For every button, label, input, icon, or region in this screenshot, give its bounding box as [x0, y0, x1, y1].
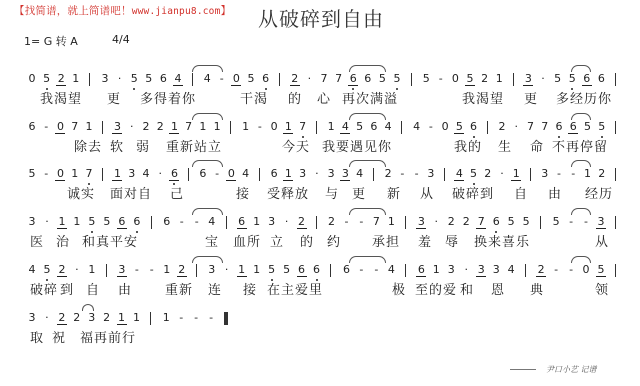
note: 4 — [507, 263, 515, 276]
note: 0 — [582, 263, 590, 276]
lyric-word: 血所 — [233, 231, 261, 250]
note: 3 — [417, 215, 425, 228]
sustain-dash: - — [552, 263, 560, 276]
sustain-dash: - — [207, 311, 215, 324]
bar-line — [89, 73, 90, 86]
dot-rhythm: · — [73, 263, 81, 276]
lyric-word: 我要遇见你 — [322, 136, 392, 155]
note: 1 — [88, 263, 96, 276]
note: 2 — [291, 72, 299, 85]
bar-line — [615, 216, 616, 229]
note: 3 — [492, 263, 500, 276]
sustain-dash: - — [178, 215, 186, 228]
lyric-word: 在主爱里 — [267, 279, 323, 298]
note: 3 — [327, 167, 335, 180]
note: 3 — [541, 167, 549, 180]
score-line: 3·1155666--4613·22--713·2276555--3医治和真平安… — [0, 213, 640, 255]
note: 6 — [270, 167, 278, 180]
score-line: 05213·55644-0562·7766555-05213·5566我渴望更多… — [0, 70, 640, 112]
sustain-dash: - — [427, 120, 435, 133]
bar-line — [316, 121, 317, 134]
note: 1 — [199, 120, 207, 133]
sustain-dash: - — [42, 167, 50, 180]
note: 5 — [554, 72, 562, 85]
bar-line — [102, 168, 103, 181]
note: 4 — [28, 263, 36, 276]
note: 3 — [101, 72, 109, 85]
note: 1 — [495, 72, 503, 85]
bar-line — [316, 216, 317, 229]
note: 5 — [598, 120, 606, 133]
lyric-word: 医 — [30, 231, 44, 250]
note: 2 — [142, 120, 150, 133]
note: 2 — [58, 263, 66, 276]
sustain-dash: - — [569, 167, 577, 180]
banner-bracket: 】 — [221, 5, 232, 17]
credit-text: 尹口小艺 记谱 — [546, 365, 597, 374]
note: 4 — [356, 167, 364, 180]
note: 0 — [28, 72, 36, 85]
bar-line — [530, 168, 531, 181]
lyric-word: 自 — [86, 279, 100, 298]
lyric-word: 祝 — [52, 327, 66, 346]
note: 5 — [356, 120, 364, 133]
dot-rhythm: · — [128, 120, 136, 133]
note: 6 — [364, 72, 372, 85]
sustain-dash: - — [567, 215, 575, 228]
lyrics-row: 取祝福再前行 — [0, 327, 640, 345]
note: 5 — [28, 167, 36, 180]
note: 6 — [238, 215, 246, 228]
bar-line — [330, 264, 331, 277]
lyric-word: 多得着你 — [140, 88, 196, 107]
bar-line — [102, 121, 103, 134]
bar-line — [279, 73, 280, 86]
note: 5 — [422, 72, 430, 85]
lyrics-row: 破碎到自由重新连接在主爱里极至的爱和恩典领 — [0, 279, 640, 297]
note: 5 — [470, 167, 478, 180]
lyric-word: 宝 — [205, 231, 219, 250]
note: 2 — [58, 311, 66, 324]
note: 3 — [597, 215, 605, 228]
note: 2 — [73, 311, 81, 324]
notes-row: 3·1155666--4613·22--713·2276555--3 — [0, 213, 640, 231]
note: 1 — [58, 215, 66, 228]
sustain-dash: - — [357, 215, 365, 228]
bar-line — [540, 216, 541, 229]
note: 2 — [384, 167, 392, 180]
lyric-word: 多经历你 — [556, 88, 612, 107]
note: 3 — [268, 215, 276, 228]
lyric-word: 恩 — [491, 279, 505, 298]
note: 6 — [555, 120, 563, 133]
slur — [349, 65, 386, 72]
dot-rhythm: · — [116, 72, 124, 85]
lyric-word: 换来喜乐 — [474, 231, 530, 250]
bar-line — [615, 168, 616, 181]
note: 1 — [512, 167, 520, 180]
dot-rhythm: · — [43, 311, 51, 324]
lyric-word: 承担 — [372, 231, 400, 250]
dot-rhythm: · — [223, 263, 231, 276]
note: 3 — [341, 167, 349, 180]
note: 3 — [88, 311, 96, 324]
lyric-word: 今天 — [282, 136, 310, 155]
slur — [571, 113, 591, 120]
note: 5 — [522, 215, 530, 228]
note: 1 — [170, 120, 178, 133]
sustain-dash: - — [177, 311, 185, 324]
lyric-word: 至的爱 — [415, 279, 457, 298]
lyric-word: 更 — [107, 88, 121, 107]
note: 0 — [56, 167, 64, 180]
note: 1 — [584, 167, 592, 180]
lyric-word: 接 — [236, 183, 250, 202]
bar-line — [196, 264, 197, 277]
note: 6 — [133, 215, 141, 228]
lyric-word: 命 — [530, 136, 544, 155]
note: 5 — [552, 215, 560, 228]
note: 0 — [227, 167, 235, 180]
lyric-word: 再次满溢 — [342, 88, 398, 107]
bar-line — [405, 264, 406, 277]
slur — [349, 208, 386, 215]
lyric-word: 我的 — [454, 136, 482, 155]
lyric-word: 与 — [325, 183, 339, 202]
note: 3 — [28, 215, 36, 228]
note: 6 — [342, 263, 350, 276]
sustain-dash: - — [582, 215, 590, 228]
note: 1 — [327, 120, 335, 133]
note: 6 — [170, 167, 178, 180]
dot-rhythm: · — [43, 215, 51, 228]
note: 1 — [85, 120, 93, 133]
bar-line — [513, 73, 514, 86]
note: 2 — [462, 215, 470, 228]
lyric-word: 受释放 — [267, 183, 309, 202]
note: 5 — [507, 215, 515, 228]
lyric-word: 极 — [392, 279, 406, 298]
lyrics-row: 诚实面对自己接受释放与更新从破碎到自由经历 — [0, 183, 640, 201]
lyric-word: 羞 — [418, 231, 432, 250]
note: 4 — [208, 215, 216, 228]
lyric-word: 连 — [208, 279, 222, 298]
lyric-word: 心 — [317, 88, 331, 107]
note: 7 — [320, 72, 328, 85]
banner-text: 【找简谱，就上简谱吧！ — [14, 5, 132, 17]
note: 4 — [384, 120, 392, 133]
dot-rhythm: · — [498, 167, 506, 180]
slur — [82, 304, 94, 311]
lyric-word: 到 — [60, 279, 74, 298]
note: 5 — [145, 72, 153, 85]
bar-line — [411, 73, 412, 86]
dot-rhythm: · — [512, 120, 520, 133]
lyric-word: 更 — [352, 183, 366, 202]
lyric-word: 取 — [30, 327, 44, 346]
note: 1 — [213, 120, 221, 133]
lyric-word: 我渴望 — [40, 88, 82, 107]
notes-row: 6-0713·2217111-017145644-0562·776655 — [0, 118, 640, 136]
score-line: 452·13--123·1155666--4613·3342--05破碎到自由重… — [0, 261, 640, 303]
score-line: 3·2232111---取祝福再前行 — [0, 309, 640, 351]
note: 6 — [492, 215, 500, 228]
note: 3 — [524, 72, 532, 85]
lyric-word: 重新 — [165, 279, 193, 298]
dot-rhythm: · — [539, 72, 547, 85]
note: 2 — [484, 167, 492, 180]
note: 4 — [413, 120, 421, 133]
note: 5 — [43, 72, 51, 85]
sustain-dash: - — [193, 215, 201, 228]
lyric-word: 的 — [288, 88, 302, 107]
sustain-dash: - — [148, 263, 156, 276]
note: 1 — [387, 215, 395, 228]
note: 3 — [28, 311, 36, 324]
sustain-dash: - — [357, 263, 365, 276]
note: 6 — [597, 72, 605, 85]
note: 7 — [335, 72, 343, 85]
lyric-word: 约 — [327, 231, 341, 250]
note: 6 — [28, 120, 36, 133]
note: 0 — [56, 120, 64, 133]
note: 5 — [378, 72, 386, 85]
sustain-dash: - — [218, 72, 226, 85]
lyric-word: 由 — [548, 183, 562, 202]
dot-rhythm: · — [462, 263, 470, 276]
note: 7 — [541, 120, 549, 133]
note: 6 — [349, 72, 357, 85]
lyric-word: 新 — [387, 183, 401, 202]
note: 5 — [584, 120, 592, 133]
note: 6 — [470, 120, 478, 133]
slur — [571, 256, 591, 263]
lyrics-row: 我渴望更多得着你干渴的心再次满溢我渴望更多经历你 — [0, 88, 640, 106]
note: 6 — [313, 263, 321, 276]
bar-line — [615, 73, 616, 86]
note: 1 — [284, 120, 292, 133]
note: 2 — [447, 215, 455, 228]
dot-rhythm: · — [283, 215, 291, 228]
note: 3 — [427, 167, 435, 180]
note: 2 — [178, 263, 186, 276]
slur — [192, 256, 223, 263]
note: 1 — [132, 311, 140, 324]
lyric-word: 治 — [56, 231, 70, 250]
banner-url[interactable]: www.jianpu8.com — [132, 6, 221, 17]
bar-line — [525, 264, 526, 277]
note: 4 — [203, 72, 211, 85]
note: 6 — [199, 167, 207, 180]
lyric-word: 破碎到 — [452, 183, 494, 202]
notes-row: 3·2232111--- — [0, 309, 640, 327]
note: 2 — [498, 120, 506, 133]
note: 5 — [88, 215, 96, 228]
note: 1 — [242, 120, 250, 133]
sustain-dash: - — [133, 263, 141, 276]
note: 5 — [455, 120, 463, 133]
final-bar-line — [224, 312, 228, 325]
song-title: 从破碎到自由 — [258, 3, 384, 32]
note: 1 — [113, 167, 121, 180]
lyric-word: 诚实 — [67, 183, 95, 202]
lyric-word: 和真平安 — [82, 231, 138, 250]
note: 1 — [253, 263, 261, 276]
score-line: 5-017134·66-04613·3342--3452·13--12诚实面对自… — [0, 165, 640, 207]
note: 5 — [283, 263, 291, 276]
note: 2 — [298, 215, 306, 228]
lyric-word: 软 — [110, 136, 124, 155]
note: 4 — [341, 120, 349, 133]
lyric-word: 辱 — [445, 231, 459, 250]
note: 5 — [597, 263, 605, 276]
bar-line — [444, 168, 445, 181]
lyric-word: 不再停留 — [552, 136, 608, 155]
slur — [571, 65, 591, 72]
dot-rhythm: · — [156, 167, 164, 180]
note: 2 — [598, 167, 606, 180]
bar-line — [259, 168, 260, 181]
bar-line — [106, 264, 107, 277]
bar-line — [151, 216, 152, 229]
credit-dash — [510, 369, 536, 370]
note: 2 — [103, 311, 111, 324]
lyrics-row: 除去软弱重新站立今天我要遇见你我的生命不再停留 — [0, 136, 640, 154]
lyric-word: 弱 — [136, 136, 150, 155]
bar-line — [615, 121, 616, 134]
note: 6 — [118, 215, 126, 228]
note: 3 — [128, 167, 136, 180]
note: 3 — [113, 120, 121, 133]
note: 7 — [299, 120, 307, 133]
sustain-dash: - — [372, 263, 380, 276]
bar-line — [401, 121, 402, 134]
note: 1 — [73, 215, 81, 228]
note: 6 — [159, 72, 167, 85]
notes-row: 452·13--123·1155666--4613·3342--05 — [0, 261, 640, 279]
lyric-word: 更 — [524, 88, 538, 107]
slur — [192, 160, 223, 167]
lyric-word: 立 — [270, 231, 284, 250]
lyric-word: 除去 — [74, 136, 102, 155]
note: 6 — [298, 263, 306, 276]
dot-rhythm: · — [305, 72, 313, 85]
sustain-dash: - — [398, 167, 406, 180]
bar-line — [192, 73, 193, 86]
slur — [192, 113, 223, 120]
note: 7 — [85, 167, 93, 180]
dot-rhythm: · — [432, 215, 440, 228]
lyric-word: 重新站立 — [166, 136, 222, 155]
bar-line — [405, 216, 406, 229]
lyric-word: 经历 — [585, 183, 613, 202]
note: 4 — [455, 167, 463, 180]
note: 7 — [185, 120, 193, 133]
slur — [349, 256, 386, 263]
notes-row: 05213·55644-0562·7766555-05213·5566 — [0, 70, 640, 88]
note: 3 — [477, 263, 485, 276]
lyric-word: 生 — [498, 136, 512, 155]
note: 3 — [208, 263, 216, 276]
lyric-word: 和 — [460, 279, 474, 298]
note: 7 — [477, 215, 485, 228]
sustain-dash: - — [555, 167, 563, 180]
sustain-dash: - — [413, 167, 421, 180]
note: 5 — [103, 215, 111, 228]
lyric-word: 由 — [118, 279, 132, 298]
note: 2 — [537, 263, 545, 276]
note: 1 — [72, 72, 80, 85]
bar-line — [373, 168, 374, 181]
bar-line — [226, 216, 227, 229]
sustain-dash: - — [42, 120, 50, 133]
note: 4 — [142, 167, 150, 180]
note: 5 — [466, 72, 474, 85]
time-signature: 4/4 — [112, 33, 130, 46]
note: 6 — [583, 72, 591, 85]
notes-row: 5-017134·66-04613·3342--3452·13--12 — [0, 165, 640, 183]
lyric-word: 破碎 — [30, 279, 58, 298]
lyrics-row: 医治和真平安宝血所立的约承担羞辱换来喜乐从 — [0, 231, 640, 249]
note: 5 — [43, 263, 51, 276]
note: 6 — [370, 120, 378, 133]
note: 1 — [162, 311, 170, 324]
note: 6 — [417, 263, 425, 276]
note: 0 — [441, 120, 449, 133]
note: 3 — [299, 167, 307, 180]
note: 7 — [527, 120, 535, 133]
note: 3 — [118, 263, 126, 276]
slur — [571, 208, 591, 215]
note: 6 — [262, 72, 270, 85]
note: 1 — [238, 263, 246, 276]
lyric-word: 从 — [420, 183, 434, 202]
lyric-word: 自 — [514, 183, 528, 202]
sustain-dash: - — [256, 120, 264, 133]
note: 5 — [568, 72, 576, 85]
note: 2 — [481, 72, 489, 85]
slur — [349, 160, 386, 167]
lyric-word: 我渴望 — [462, 88, 504, 107]
lyric-word: 己 — [170, 183, 184, 202]
lyric-word: 福再前行 — [80, 327, 136, 346]
sustain-dash: - — [192, 311, 200, 324]
bar-line — [230, 121, 231, 134]
lyric-word: 干渴 — [240, 88, 268, 107]
note: 5 — [393, 72, 401, 85]
note: 4 — [387, 263, 395, 276]
note: 1 — [71, 167, 79, 180]
slur — [571, 160, 591, 167]
note: 1 — [253, 215, 261, 228]
key-signature: 1= G 转 A — [24, 33, 78, 49]
bar-line — [615, 264, 616, 277]
note: 6 — [569, 120, 577, 133]
lyric-word: 领 — [595, 279, 609, 298]
lyric-word: 的 — [300, 231, 314, 250]
sustain-dash: - — [437, 72, 445, 85]
bar-line — [150, 312, 151, 325]
score-line: 6-0713·2217111-017145644-0562·776655除去软弱… — [0, 118, 640, 160]
slur — [192, 208, 223, 215]
lyric-word: 从 — [595, 231, 609, 250]
note: 7 — [71, 120, 79, 133]
site-banner[interactable]: 【找简谱，就上简谱吧！www.jianpu8.com】 — [14, 3, 231, 18]
bar-line — [188, 168, 189, 181]
note: 0 — [451, 72, 459, 85]
note: 2 — [156, 120, 164, 133]
note: 4 — [174, 72, 182, 85]
